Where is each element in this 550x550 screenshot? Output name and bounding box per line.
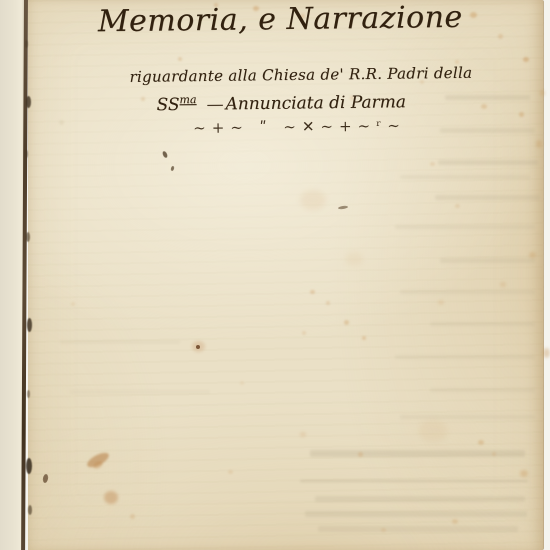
abbreviation-superscript: ma [179, 93, 196, 106]
foxing-spot [543, 348, 550, 358]
manuscript-photo: Memoria, e Narrazione riguardante alla C… [0, 0, 550, 550]
abbreviation-prefix: SS [156, 95, 179, 115]
flourish-row: ∼+∼ ʺ ∼✕∼+∼ʳ∼ [29, 115, 543, 139]
subtitle-line-1: riguardante alla Chiesa de' R.R. Padri d… [29, 63, 543, 87]
title-inscription: Memoria, e Narrazione riguardante alla C… [28, 0, 544, 163]
manuscript-title: Memoria, e Narrazione [28, 0, 542, 40]
subtitle-line-2: SSma—Annunciata di Parma [29, 89, 543, 117]
connecting-dash: — [196, 94, 225, 114]
subtitle-line-2-text: Annunciata di Parma [225, 92, 406, 114]
